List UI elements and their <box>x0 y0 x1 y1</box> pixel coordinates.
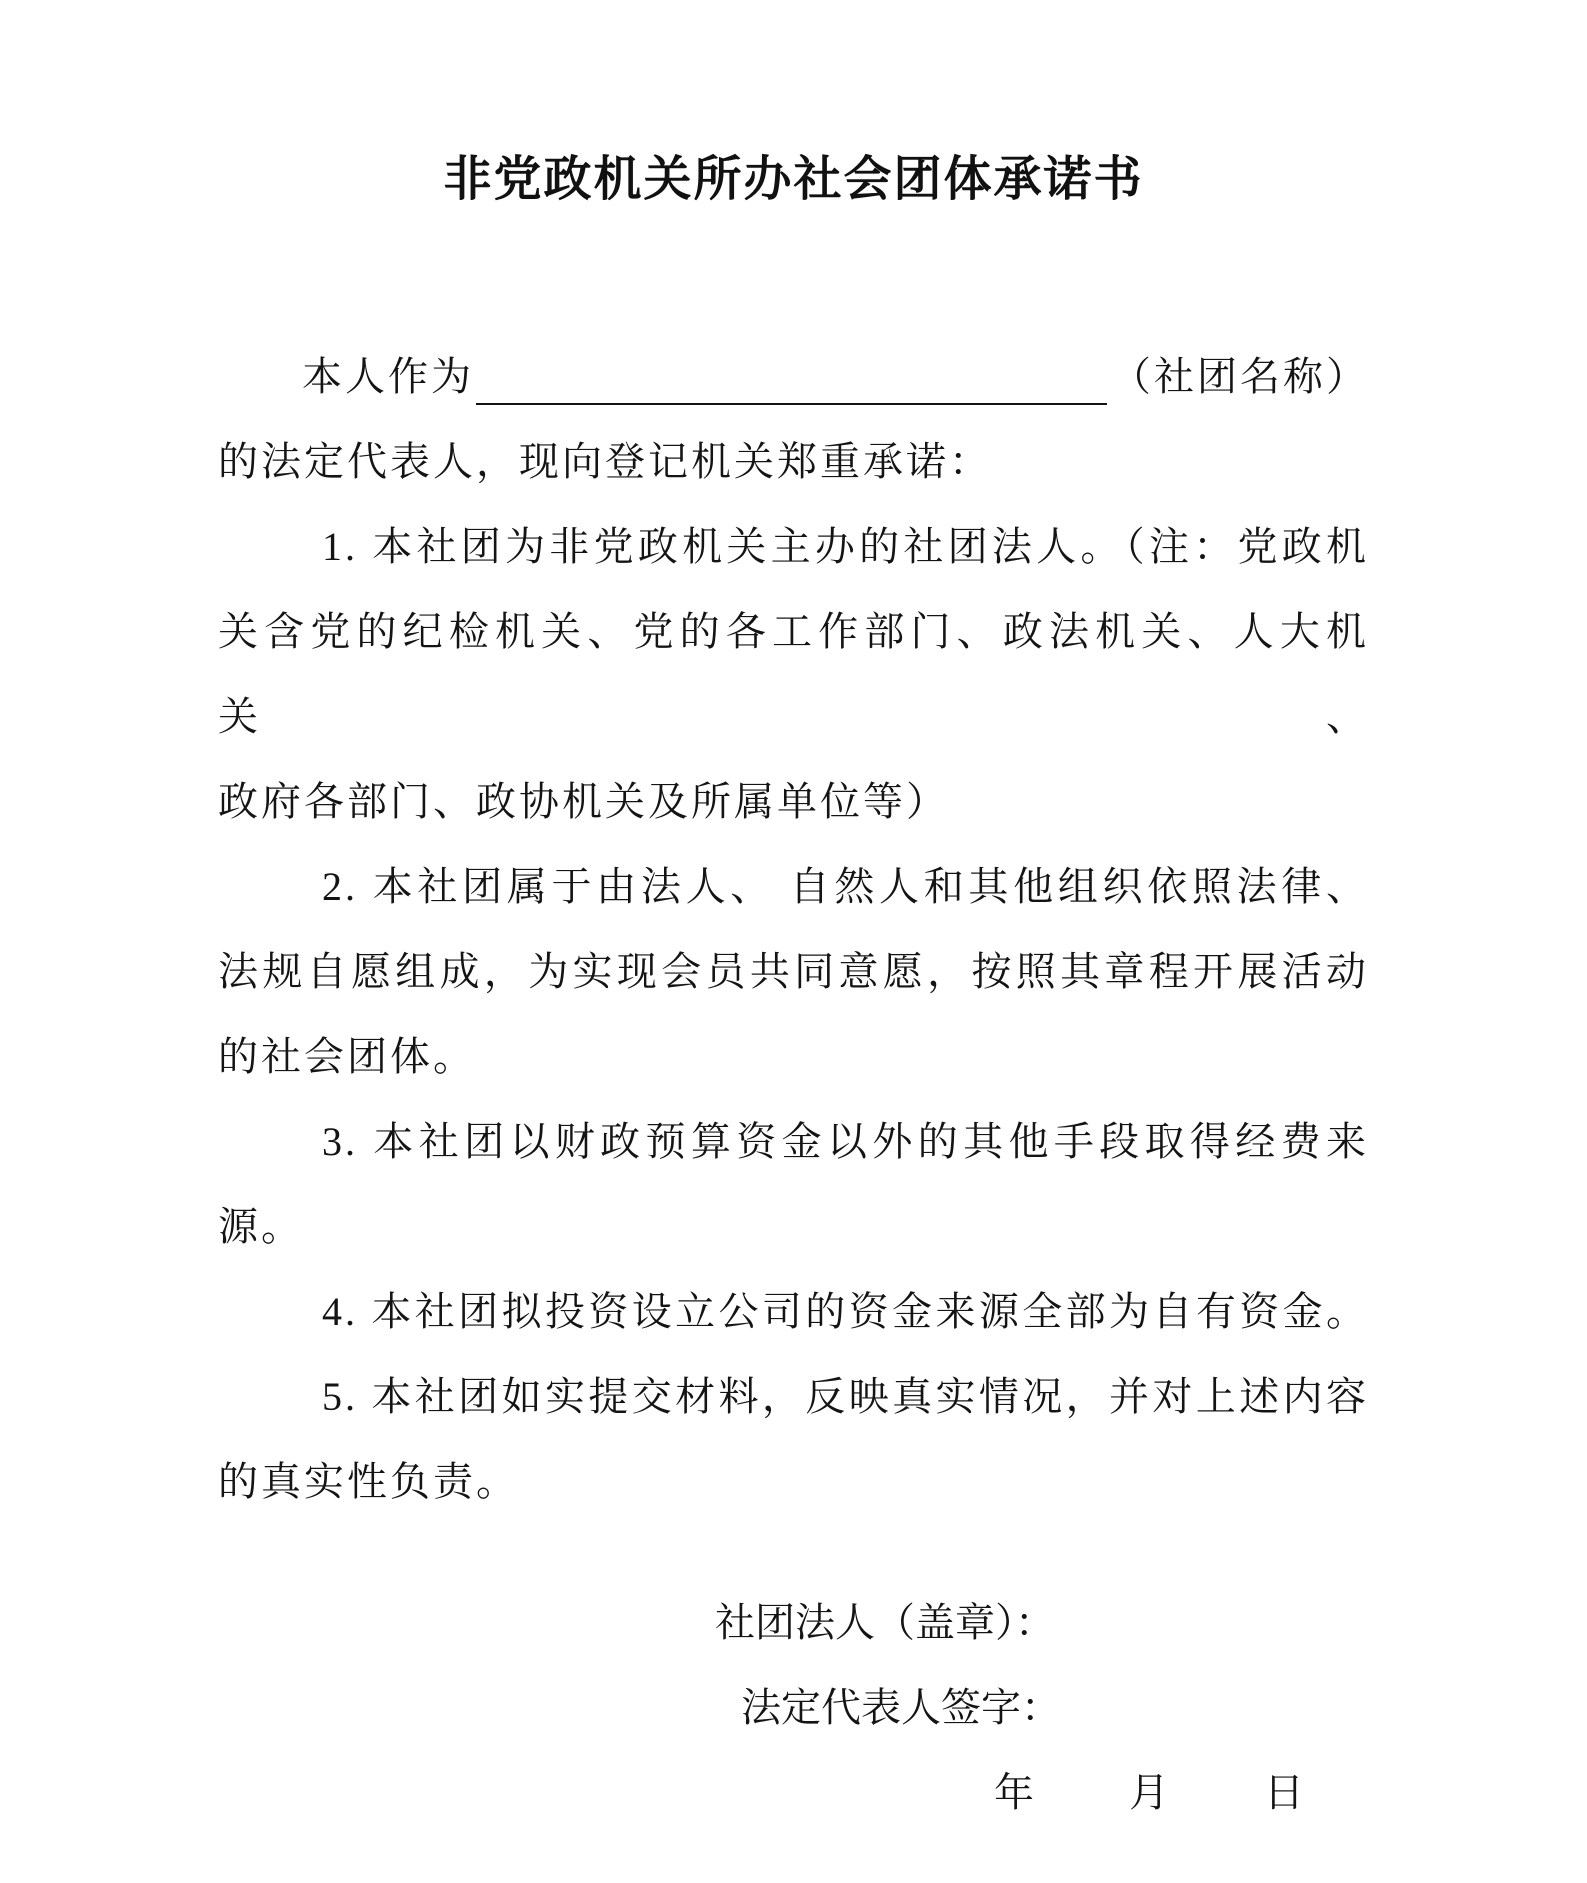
body-line: 政府各部门、政协机关及所属单位等） <box>218 759 1369 844</box>
date-line: 年月日 <box>994 1750 1369 1835</box>
body-line: 的社会团体。 <box>218 1014 1369 1099</box>
document-body: 本人作为 （社团名称） 的法定代表人，现向登记机关郑重承诺： 1. 本社团为非党… <box>218 334 1369 1524</box>
signature-block: 社团法人（盖章）： 法定代表人签字： 年月日 <box>218 1580 1369 1835</box>
seal-line: 社团法人（盖章）： <box>715 1580 1369 1665</box>
body-line: 的真实性负责。 <box>218 1439 1369 1524</box>
fill-in-blank-underline <box>476 403 1107 405</box>
body-line: 关含党的纪检机关、党的各工作部门、政法机关、人大机关、 <box>218 589 1369 759</box>
body-line: 的法定代表人，现向登记机关郑重承诺： <box>218 419 1369 504</box>
body-line-item-5: 5. 本社团如实提交材料，反映真实情况，并对上述内容 <box>218 1354 1369 1439</box>
body-line: 法规自愿组成，为实现会员共同意愿，按照其章程开展活动 <box>218 929 1369 1014</box>
date-month-label: 月 <box>1129 1770 1169 1815</box>
signature-line: 法定代表人签字： <box>741 1665 1369 1750</box>
body-line: 源。 <box>218 1184 1369 1269</box>
body-line-item-1: 1. 本社团为非党政机关主办的社团法人。（注：党政机 <box>218 504 1369 589</box>
intro-suffix-label: （社团名称） <box>1111 334 1369 419</box>
document-title: 非党政机关所办社会团体承诺书 <box>0 150 1587 210</box>
body-line-item-2: 2. 本社团属于由法人、 自然人和其他组织依照法律、 <box>218 844 1369 929</box>
date-day-label: 日 <box>1264 1770 1304 1815</box>
date-year-label: 年 <box>994 1770 1034 1815</box>
intro-prefix-text: 本人作为 <box>302 334 474 419</box>
body-line-item-3: 3. 本社团以财政预算资金以外的其他手段取得经费来 <box>218 1099 1369 1184</box>
body-line-item-4: 4. 本社团拟投资设立公司的资金来源全部为自有资金。 <box>218 1269 1369 1354</box>
document-page: 非党政机关所办社会团体承诺书 本人作为 （社团名称） 的法定代表人，现向登记机关… <box>0 0 1587 1883</box>
intro-line: 本人作为 （社团名称） <box>218 334 1369 419</box>
